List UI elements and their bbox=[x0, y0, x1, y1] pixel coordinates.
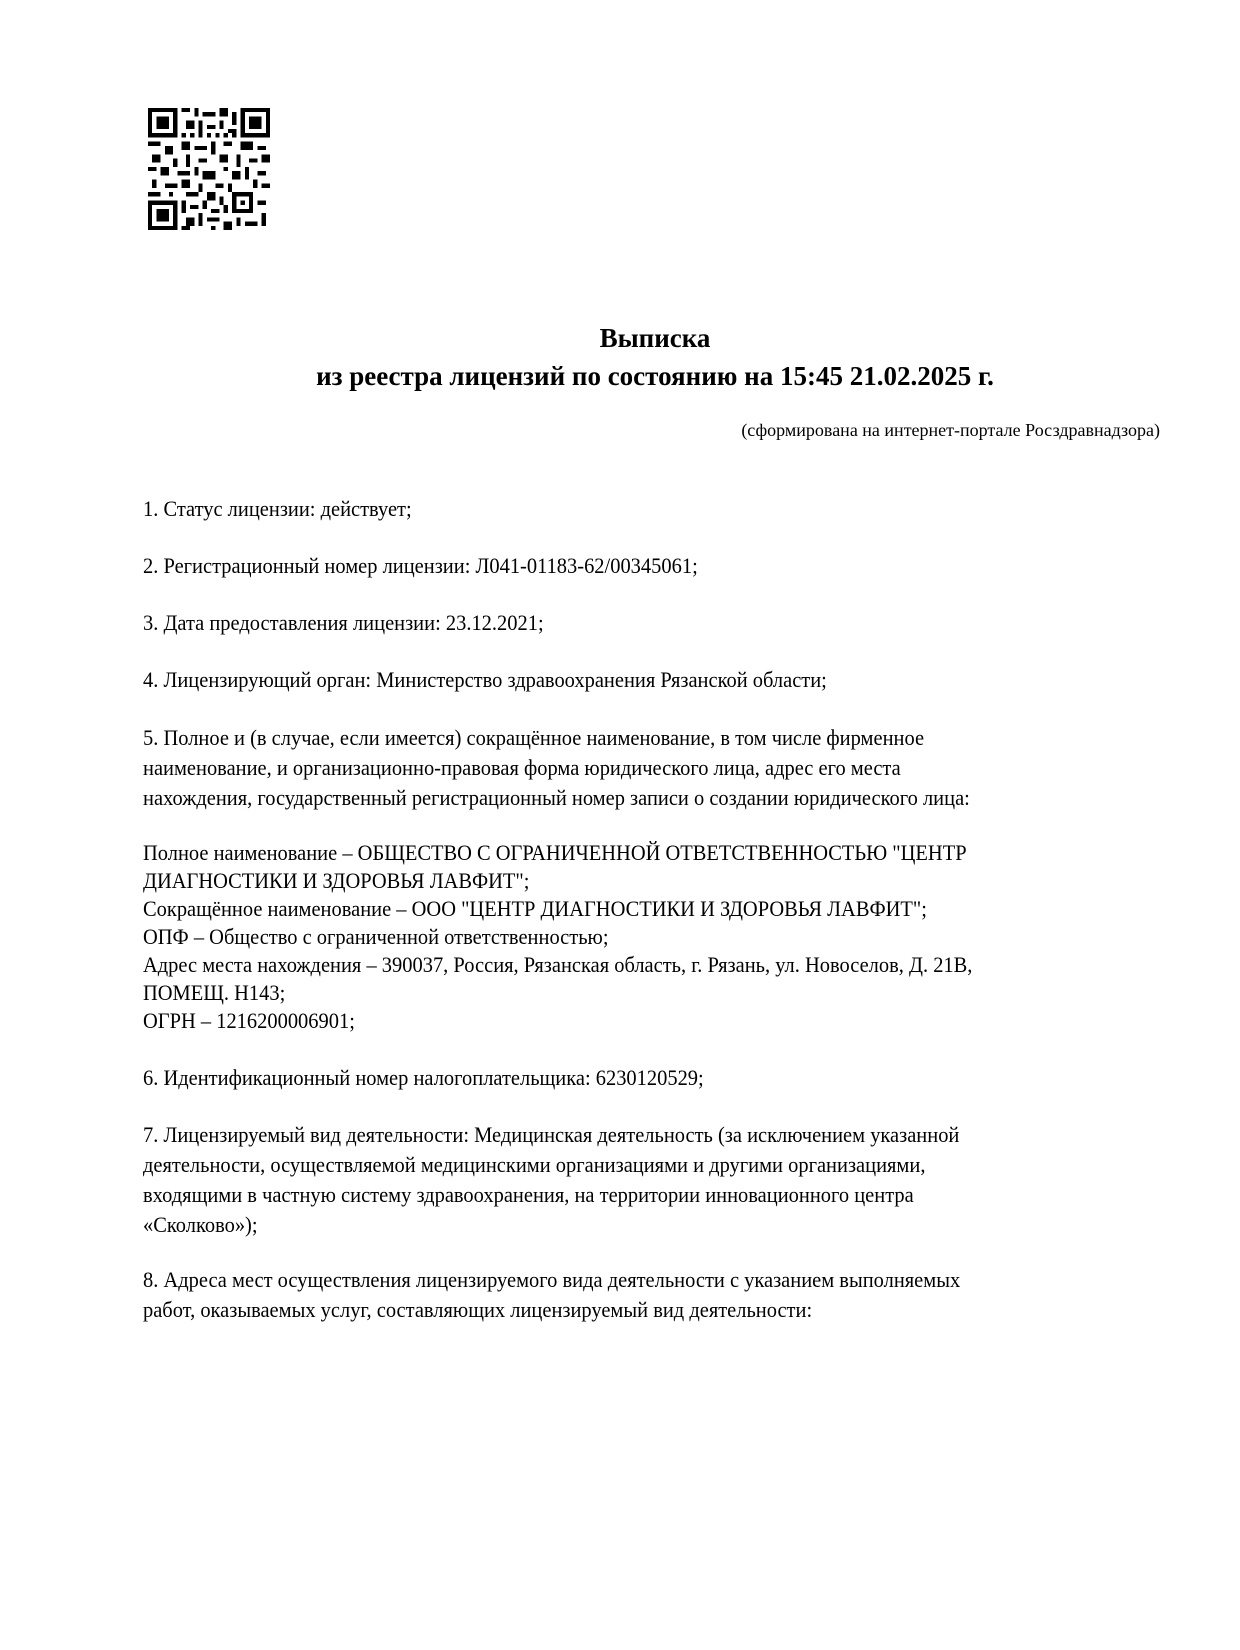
license-reg-number: 2. Регистрационный номер лицензии: Л041-… bbox=[143, 551, 1073, 581]
qr-code bbox=[148, 108, 270, 230]
activity-line1: 7. Лицензируемый вид деятельности: Медиц… bbox=[143, 1120, 1073, 1150]
places-line1: 8. Адреса мест осуществления лицензируем… bbox=[143, 1265, 1073, 1295]
source-note: (сформирована на интернет-портале Росздр… bbox=[741, 420, 1160, 441]
inn: 6. Идентификационный номер налогоплатель… bbox=[143, 1063, 1073, 1093]
activity-line4: «Сколково»); bbox=[143, 1210, 1073, 1240]
item5-heading-line1: 5. Полное и (в случае, если имеется) сок… bbox=[143, 723, 1073, 753]
item5-heading-line3: нахождения, государственный регистрацион… bbox=[143, 783, 1073, 813]
license-date: 3. Дата предоставления лицензии: 23.12.2… bbox=[143, 608, 1073, 638]
full-name-line1: Полное наименование – ОБЩЕСТВО С ОГРАНИЧ… bbox=[143, 838, 1073, 868]
document-title: Выписка bbox=[0, 322, 1240, 354]
license-status: 1. Статус лицензии: действует; bbox=[143, 494, 1073, 524]
short-name: Сокращённое наименование – ООО "ЦЕНТР ДИ… bbox=[143, 894, 1073, 924]
full-name-line2: ДИАГНОСТИКИ И ЗДОРОВЬЯ ЛАВФИТ"; bbox=[143, 866, 1073, 896]
document-subtitle: из реестра лицензий по состоянию на 15:4… bbox=[0, 360, 1240, 392]
opf: ОПФ – Общество с ограниченной ответствен… bbox=[143, 922, 1073, 952]
activity-line2: деятельности, осуществляемой медицинским… bbox=[143, 1150, 1073, 1180]
licensing-authority: 4. Лицензирующий орган: Министерство здр… bbox=[143, 665, 1073, 695]
places-line2: работ, оказываемых услуг, составляющих л… bbox=[143, 1295, 1073, 1325]
activity-line3: входящими в частную систему здравоохране… bbox=[143, 1180, 1073, 1210]
ogrn: ОГРН – 1216200006901; bbox=[143, 1006, 1073, 1036]
address-line2: ПОМЕЩ. Н143; bbox=[143, 978, 1073, 1008]
address-line1: Адрес места нахождения – 390037, Россия,… bbox=[143, 950, 1073, 980]
item5-heading-line2: наименование, и организационно-правовая … bbox=[143, 753, 1073, 783]
